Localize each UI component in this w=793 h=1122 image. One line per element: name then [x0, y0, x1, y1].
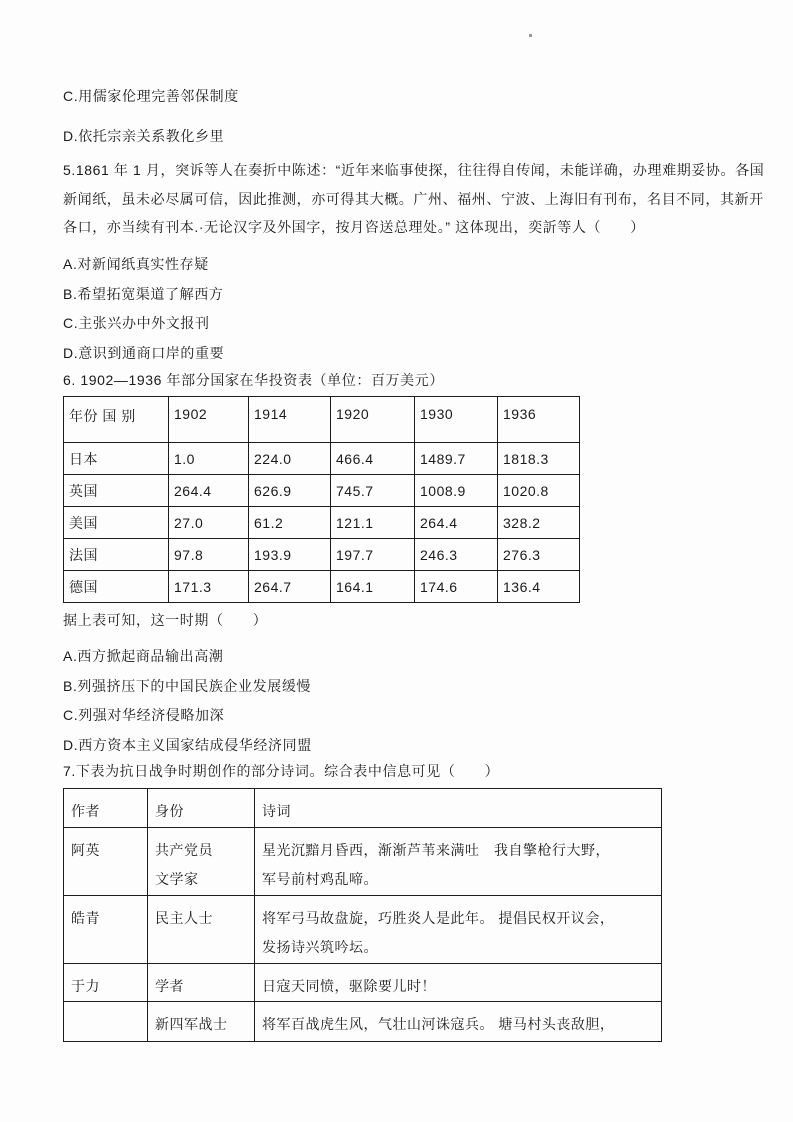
header-cell-identity: 身份 — [148, 789, 255, 828]
cell-value: 626.9 — [249, 475, 331, 507]
q6-option-b: B.列强挤压下的中国民族企业发展缓慢 — [63, 677, 311, 696]
q5-option-b: B.希望拓宽渠道了解西方 — [63, 285, 223, 304]
cell-value: 328.2 — [498, 507, 580, 539]
header-cell-1920: 1920 — [331, 397, 415, 443]
q5-stem-line-3: 各口，亦当续有刊本.·无论汉字及外国字，按月咨送总理处。” 这体现出，奕訢等人（… — [63, 213, 773, 242]
q5-stem-line-1: 5.1861 年 1 月，突诉等人在奏折中陈述：“近年来临事使探，往往得自传闻，… — [63, 156, 773, 185]
identity-line: 民主人士 — [155, 904, 250, 934]
q6-option-a: A.西方掀起商品输出高潮 — [63, 647, 223, 666]
identity-line: 文学家 — [155, 865, 250, 895]
cell-value: 1020.8 — [498, 475, 580, 507]
poem-line: 日寇天同愤，驱除要儿时！ — [262, 972, 657, 1002]
table-row-haoqing: 皓青 民主人士 将军弓马故盘旋，巧胜炎人是此年。 提倡民权开议会， 发扬诗兴筑吟… — [64, 895, 662, 963]
q5-stem-line-2: 新闻纸，虽未必尽属可信，因此推测，亦可得其大概。广州、福州、宁波、上海旧有刊布，… — [63, 185, 773, 214]
cell-value: 1008.9 — [415, 475, 498, 507]
cell-country: 德国 — [64, 571, 169, 603]
cell-poem: 将军百战虎生风，气壮山河诛寇兵。 塘马村头丧敌胆， — [255, 1002, 662, 1042]
header-cell-1930: 1930 — [415, 397, 498, 443]
q4-option-d: D.依托宗亲关系教化乡里 — [63, 127, 224, 146]
cell-value: 121.1 — [331, 507, 415, 539]
cell-value: 1818.3 — [498, 443, 580, 475]
table-row-yuli: 于力 学者 日寇天同愤，驱除要儿时！ — [64, 963, 662, 1002]
header-cell-1936: 1936 — [498, 397, 580, 443]
poem-line: 发扬诗兴筑吟坛。 — [262, 933, 657, 963]
cell-value: 466.4 — [331, 443, 415, 475]
cell-value: 97.8 — [169, 539, 249, 571]
cell-value: 276.3 — [498, 539, 580, 571]
poem-line: 将军百战虎生风，气壮山河诛寇兵。 塘马村头丧敌胆， — [262, 1010, 657, 1040]
cell-poem: 日寇天同愤，驱除要儿时！ — [255, 963, 662, 1002]
identity-line: 新四军战士 — [155, 1010, 250, 1040]
q5-option-d: D.意识到通商口岸的重要 — [63, 344, 224, 363]
q6-investment-table: 年份 国 别 1902 1914 1920 1930 1936 日本 1.0 2… — [63, 396, 580, 603]
cell-value: 264.4 — [415, 507, 498, 539]
cell-country: 英国 — [64, 475, 169, 507]
table-header-row: 年份 国 别 1902 1914 1920 1930 1936 — [64, 397, 580, 443]
cell-poem: 星光沉黯月昏西，渐渐芦苇来满吐 我自擎枪行大野， 军号前村鸡乱啼。 — [255, 827, 662, 895]
exam-page: { "colors": { "ink": "#1b1b1b", "paper":… — [0, 0, 793, 1122]
cell-value: 1.0 — [169, 443, 249, 475]
cell-author — [64, 1002, 148, 1042]
header-cell-1902: 1902 — [169, 397, 249, 443]
header-cell-poem: 诗词 — [255, 789, 662, 828]
cell-value: 224.0 — [249, 443, 331, 475]
q7-poems-table: 作者 身份 诗词 阿英 共产党员 文学家 星光沉黯月昏西，渐渐芦苇来满吐 我自擎… — [63, 788, 662, 1042]
header-cell-author: 作者 — [64, 789, 148, 828]
table-row-germany: 德国 171.3 264.7 164.1 174.6 136.4 — [64, 571, 580, 603]
q5-stem: 5.1861 年 1 月，突诉等人在奏折中陈述：“近年来临事使探，往往得自传闻，… — [63, 156, 773, 242]
cell-identity: 民主人士 — [148, 895, 255, 963]
cell-value: 197.7 — [331, 539, 415, 571]
cell-country: 美国 — [64, 507, 169, 539]
table-row-usa: 美国 27.0 61.2 121.1 264.4 328.2 — [64, 507, 580, 539]
cell-value: 193.9 — [249, 539, 331, 571]
cell-value: 171.3 — [169, 571, 249, 603]
cell-country: 日本 — [64, 443, 169, 475]
cell-value: 1489.7 — [415, 443, 498, 475]
q6-option-d: D.西方资本主义国家结成侵华经济同盟 — [63, 736, 312, 755]
cell-value: 27.0 — [169, 507, 249, 539]
q6-stem: 据上表可知，这一时期（ ） — [63, 611, 267, 630]
q5-option-c: C.主张兴办中外文报刊 — [63, 314, 210, 333]
table-row-soldier: 新四军战士 将军百战虎生风，气壮山河诛寇兵。 塘马村头丧敌胆， — [64, 1002, 662, 1042]
cell-country: 法国 — [64, 539, 169, 571]
q6-option-c: C.列强对华经济侵略加深 — [63, 706, 224, 725]
table-row-japan: 日本 1.0 224.0 466.4 1489.7 1818.3 — [64, 443, 580, 475]
cell-identity: 学者 — [148, 963, 255, 1002]
cell-identity: 共产党员 文学家 — [148, 827, 255, 895]
cell-value: 745.7 — [331, 475, 415, 507]
cell-identity: 新四军战士 — [148, 1002, 255, 1042]
header-cell-country-year: 年份 国 别 — [64, 397, 169, 443]
cell-value: 164.1 — [331, 571, 415, 603]
q5-option-a: A.对新闻纸真实性存疑 — [63, 255, 209, 274]
cell-author: 阿英 — [64, 827, 148, 895]
table-row-aying: 阿英 共产党员 文学家 星光沉黯月昏西，渐渐芦苇来满吐 我自擎枪行大野， 军号前… — [64, 827, 662, 895]
cell-author: 皓青 — [64, 895, 148, 963]
q7-stem: 7.下表为抗日战争时期创作的部分诗词。综合表中信息可见（ ） — [63, 762, 499, 781]
cell-author: 于力 — [64, 963, 148, 1002]
identity-line: 共产党员 — [155, 836, 250, 866]
q6-title: 6. 1902—1936 年部分国家在华投资表（单位：百万美元） — [63, 371, 444, 390]
q4-option-c: C.用儒家伦理完善邻保制度 — [63, 87, 239, 106]
cell-value: 136.4 — [498, 571, 580, 603]
cell-value: 61.2 — [249, 507, 331, 539]
cell-value: 246.3 — [415, 539, 498, 571]
header-cell-1914: 1914 — [249, 397, 331, 443]
table-row-france: 法国 97.8 193.9 197.7 246.3 276.3 — [64, 539, 580, 571]
poem-line: 将军弓马故盘旋，巧胜炎人是此年。 提倡民权开议会， — [262, 904, 657, 934]
identity-line: 学者 — [155, 972, 250, 1002]
poem-line: 星光沉黯月昏西，渐渐芦苇来满吐 我自擎枪行大野， — [262, 836, 657, 866]
scan-artifact-dot — [529, 34, 532, 37]
table-header-row: 作者 身份 诗词 — [64, 789, 662, 828]
cell-poem: 将军弓马故盘旋，巧胜炎人是此年。 提倡民权开议会， 发扬诗兴筑吟坛。 — [255, 895, 662, 963]
cell-value: 264.7 — [249, 571, 331, 603]
cell-value: 174.6 — [415, 571, 498, 603]
poem-line: 军号前村鸡乱啼。 — [262, 865, 657, 895]
table-row-britain: 英国 264.4 626.9 745.7 1008.9 1020.8 — [64, 475, 580, 507]
cell-value: 264.4 — [169, 475, 249, 507]
